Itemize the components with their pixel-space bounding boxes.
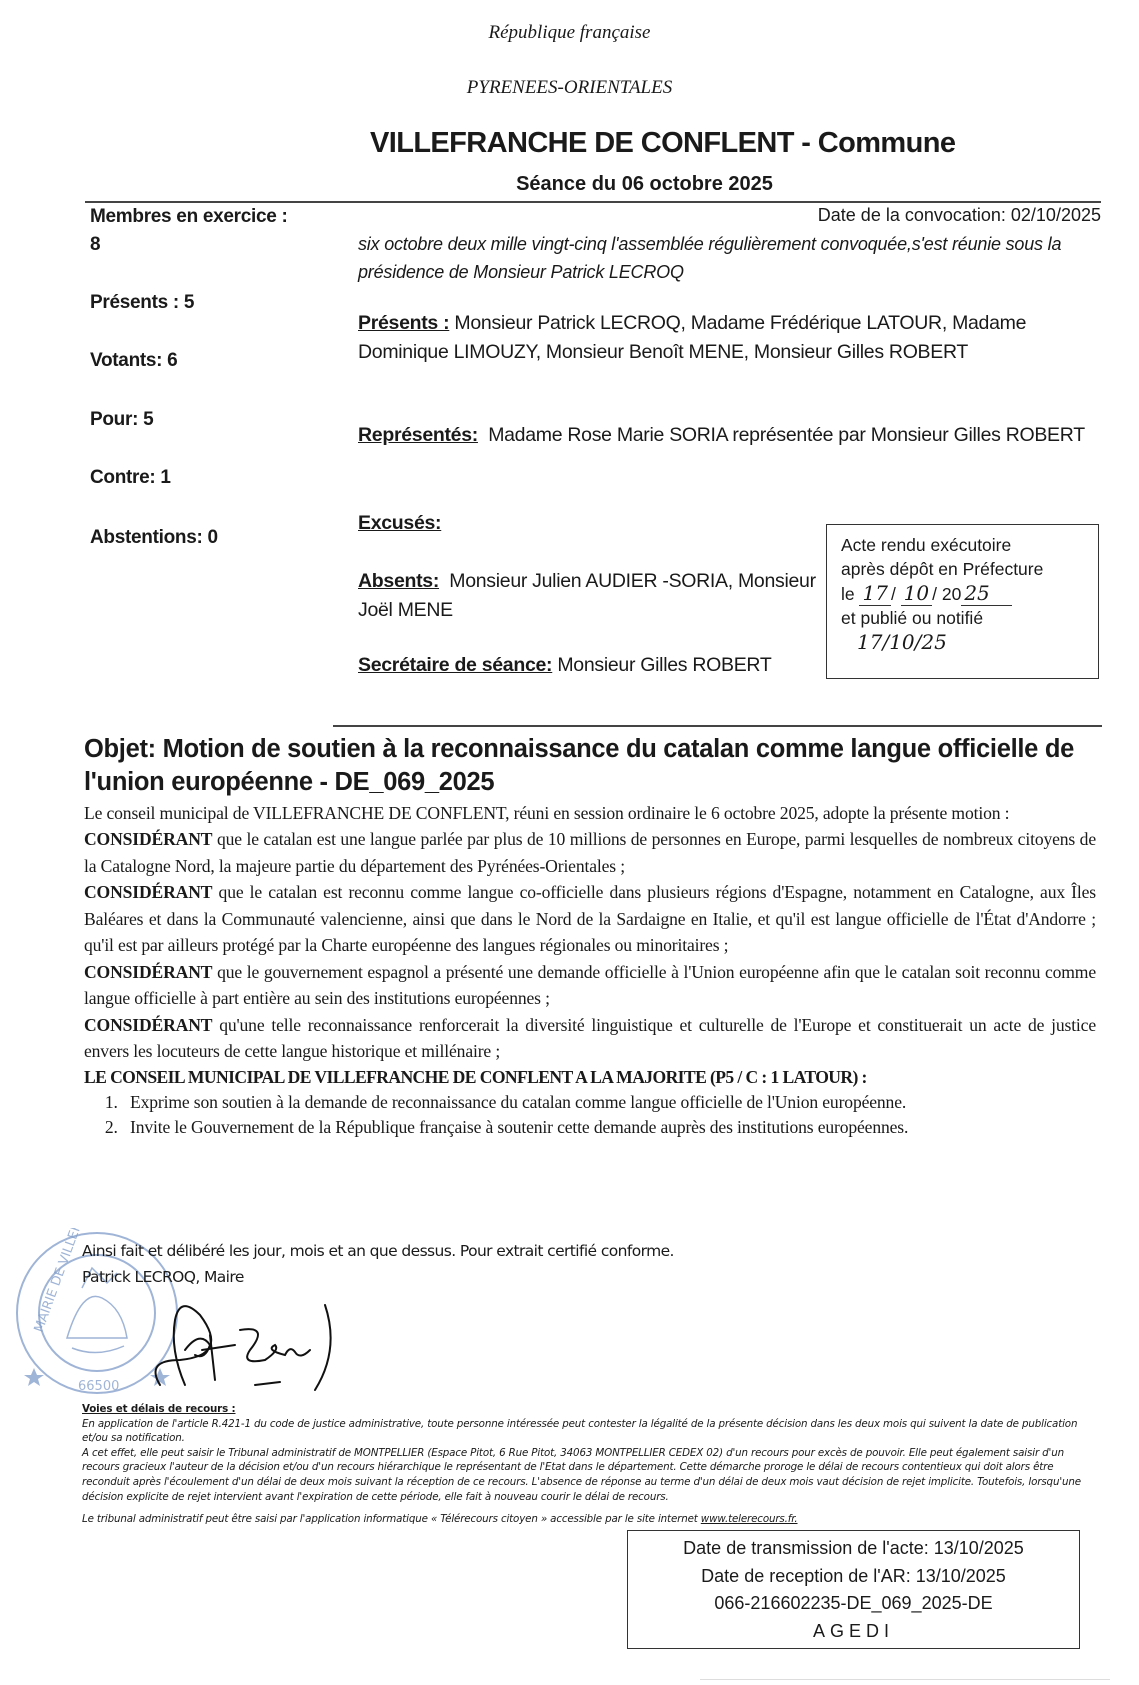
secretaire-line: Secrétaire de séance: Monsieur Gilles RO… — [358, 651, 798, 680]
presents-list: Présents : Monsieur Patrick LECROQ, Mada… — [358, 309, 1103, 367]
decision-list: Exprime son soutien à la demande de reco… — [84, 1090, 1096, 1140]
recours-title: Voies et délais de recours : — [82, 1402, 1102, 1417]
decision-item: Exprime son soutien à la demande de reco… — [122, 1090, 1096, 1115]
votants-count: Votants: 6 — [90, 350, 177, 372]
representes-label: Représentés: — [358, 424, 478, 446]
absents-label: Absents: — [358, 570, 439, 592]
presents-label: Présents : — [358, 312, 449, 334]
recours-p3: Le tribunal administratif peut être sais… — [82, 1512, 1102, 1527]
assembly-intro: six octobre deux mille vingt-cinq l'asse… — [358, 230, 1098, 286]
transmission-date: Date de transmission de l'acte: 13/10/20… — [628, 1535, 1079, 1563]
objet-divider — [333, 725, 1102, 727]
header-divider — [85, 201, 1101, 203]
members-value: 8 — [90, 234, 100, 256]
footer-divider — [700, 1679, 1110, 1680]
decision-item: Invite le Gouvernement de la République … — [122, 1115, 1096, 1140]
session-date: Séance du 06 octobre 2025 — [0, 173, 1139, 196]
considerant-4: CONSIDÉRANT qu'une telle reconnaissance … — [84, 1012, 1096, 1065]
handwritten-month: 10 — [901, 581, 932, 606]
reception-date: Date de reception de l'AR: 13/10/2025 — [628, 1563, 1079, 1591]
contre-count: Contre: 1 — [90, 467, 171, 489]
handwritten-day: 17 — [859, 581, 890, 606]
executory-line2: après dépôt en Préfecture — [841, 557, 1084, 581]
pour-count: Pour: 5 — [90, 409, 153, 431]
svg-text:66500: 66500 — [78, 1379, 119, 1394]
signature-icon — [140, 1290, 340, 1400]
recours-p2: A cet effet, elle peut saisir le Tribuna… — [82, 1446, 1102, 1504]
considerant-3: CONSIDÉRANT que le gouvernement espagnol… — [84, 959, 1096, 1012]
excuses-label: Excusés: — [358, 512, 441, 534]
recours-p1: En application de l'article R.421-1 du c… — [82, 1417, 1102, 1446]
presents-names: Monsieur Patrick LECROQ, Madame Frédériq… — [358, 312, 1026, 363]
secretaire-name: Monsieur Gilles ROBERT — [552, 654, 771, 676]
secretaire-label: Secrétaire de séance: — [358, 654, 552, 676]
executory-box: Acte rendu exécutoire après dépôt en Pré… — [826, 524, 1099, 679]
telerecours-link[interactable]: www.telerecours.fr. — [701, 1513, 798, 1525]
executory-date-line: le 17/ 10/ 2025 — [841, 581, 1084, 606]
republic-label: République française — [0, 22, 1139, 44]
representes-list: Représentés: Madame Rose Marie SORIA rep… — [358, 421, 1103, 450]
absents-list: Absents: Monsieur Julien AUDIER -SORIA, … — [358, 567, 828, 625]
executory-line4: et publié ou notifié — [841, 606, 1084, 630]
decision-title: LE CONSEIL MUNICIPAL DE VILLEFRANCHE DE … — [84, 1065, 1096, 1090]
convocation-date: Date de la convocation: 02/10/2025 — [818, 205, 1101, 226]
handwritten-published-date: 17/10/25 — [841, 630, 1084, 654]
recours-notice: Voies et délais de recours : En applicat… — [82, 1402, 1102, 1527]
commune-title: VILLEFRANCHE DE CONFLENT - Commune — [370, 127, 955, 160]
abstentions-count: Abstentions: 0 — [90, 527, 218, 549]
representes-names: Madame Rose Marie SORIA représentée par … — [478, 424, 1085, 446]
objet-title: Objet: Motion de soutien à la reconnaiss… — [84, 733, 1104, 799]
department-label: PYRENEES-ORIENTALES — [0, 77, 1139, 99]
signatory-name: Patrick LECROQ, Maire — [82, 1268, 244, 1286]
transmission-box: Date de transmission de l'acte: 13/10/20… — [627, 1530, 1080, 1649]
considerant-1: CONSIDÉRANT que le catalan est une langu… — [84, 826, 1096, 879]
executory-line1: Acte rendu exécutoire — [841, 533, 1084, 557]
presents-count: Présents : 5 — [90, 292, 194, 314]
handwritten-year: 25 — [961, 581, 1011, 606]
act-identifier: 066-216602235-DE_069_2025-DE — [628, 1590, 1079, 1618]
motion-body: Le conseil municipal de VILLEFRANCHE DE … — [84, 801, 1096, 1140]
agent-label: AGEDI — [628, 1618, 1079, 1646]
considerant-2: CONSIDÉRANT que le catalan est reconnu c… — [84, 879, 1096, 959]
motion-intro: Le conseil municipal de VILLEFRANCHE DE … — [84, 801, 1096, 826]
members-label: Membres en exercice : — [90, 206, 288, 228]
certification-text: Ainsi fait et délibéré les jour, mois et… — [82, 1242, 674, 1260]
